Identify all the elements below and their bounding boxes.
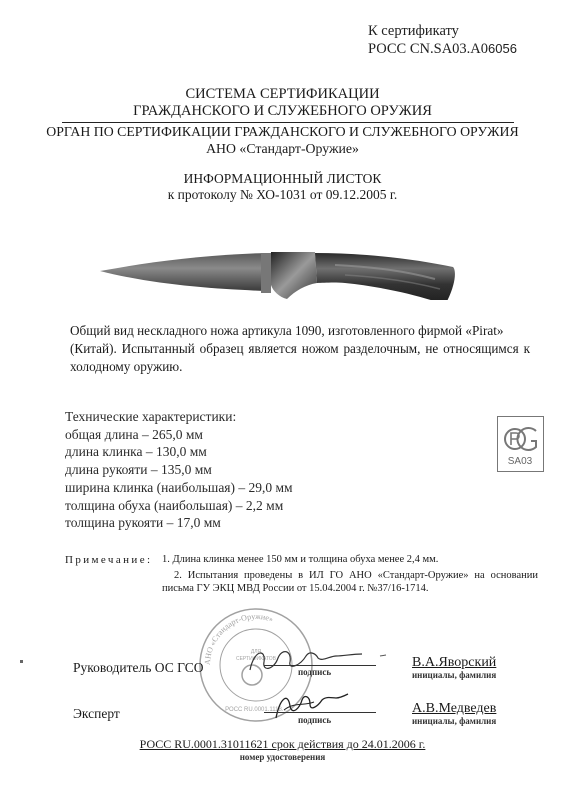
system-title-line2: ГРАЖДАНСКОГО И СЛУЖЕБНОГО ОРУЖИЯ — [0, 103, 565, 120]
org-title-line1: ОРГАН ПО СЕРТИФИКАЦИИ ГРАЖДАНСКОГО И СЛУ… — [30, 124, 535, 140]
signature-caption: подпись — [298, 715, 331, 725]
signatory-role-expert: Эксперт — [73, 706, 120, 722]
certificate-number: РОСС RU.0001.31011621 срок действия до 2… — [0, 737, 565, 752]
technical-specs: Технические характеристики: общая длина … — [65, 408, 293, 532]
system-title-line1: СИСТЕМА СЕРТИФИКАЦИИ — [0, 86, 565, 103]
spec-item: ширина клинка (наибольшая) – 29,0 мм — [65, 479, 293, 497]
spec-item: толщина рукояти – 17,0 мм — [65, 514, 293, 532]
reference-prefix: РОСС CN.SA03.A0 — [368, 41, 488, 57]
scan-artifact — [20, 660, 23, 663]
certificate-caption: номер удостоверения — [0, 752, 565, 762]
signatory-name-expert: А.В.Медведев — [412, 701, 496, 717]
reference-line1: К сертификату — [368, 22, 517, 40]
spec-item: общая длина – 265,0 мм — [65, 426, 293, 444]
protocol-reference: к протоколу № ХО-1031 от 09.12.2005 г. — [0, 187, 565, 203]
note-2-line1: 2. Испытания проведены в ИЛ ГО АНО «Стан… — [174, 569, 538, 583]
name-caption: инициалы, фамилия — [412, 716, 496, 726]
signature-line-head — [264, 665, 376, 666]
org-title-line2: АНО «Стандарт-Оружие» — [30, 141, 535, 157]
description-paragraph: Общий вид нескладного ножа артикула 1090… — [70, 322, 530, 376]
signatory-role-head: Руководитель ОС ГСО — [73, 660, 203, 676]
name-caption: инициалы, фамилия — [412, 670, 496, 680]
reference-suffix: 6056 — [488, 41, 517, 56]
note-2: 2. Испытания проведены в ИЛ ГО АНО «Стан… — [174, 569, 538, 583]
spec-item: длина рукояти – 135,0 мм — [65, 461, 293, 479]
knife-photo — [95, 225, 465, 300]
reference-line2: РОСС CN.SA03.A06056 — [368, 40, 517, 58]
rst-logo-icon: SA03 — [498, 417, 543, 471]
document-title: ИНФОРМАЦИОННЫЙ ЛИСТОК — [0, 171, 565, 187]
description-rest: (Китай). Испытанный образец является нож… — [70, 341, 530, 374]
certificate-reference: К сертификату РОСС CN.SA03.A06056 — [368, 22, 517, 58]
signature-caption: подпись — [298, 667, 331, 677]
signature-line-expert — [264, 712, 376, 713]
spec-item: толщина обуха (наибольшая) – 2,2 мм — [65, 497, 293, 515]
spec-item: длина клинка – 130,0 мм — [65, 443, 293, 461]
note-1: 1. Длина клинка менее 150 мм и толщина о… — [162, 554, 438, 565]
notes-label: Примечание: — [65, 554, 152, 566]
note-2-line2: письма ГУ ЭКЦ МВД России от 15.04.2004 г… — [162, 583, 428, 594]
description-line1: Общий вид нескладного ножа артикула 1090… — [70, 322, 530, 340]
signatory-name-head: В.А.Яворский — [412, 655, 496, 671]
specs-heading: Технические характеристики: — [65, 408, 293, 426]
svg-text:SA03: SA03 — [508, 456, 533, 467]
certification-mark: SA03 — [497, 416, 544, 472]
header-divider — [62, 122, 514, 123]
